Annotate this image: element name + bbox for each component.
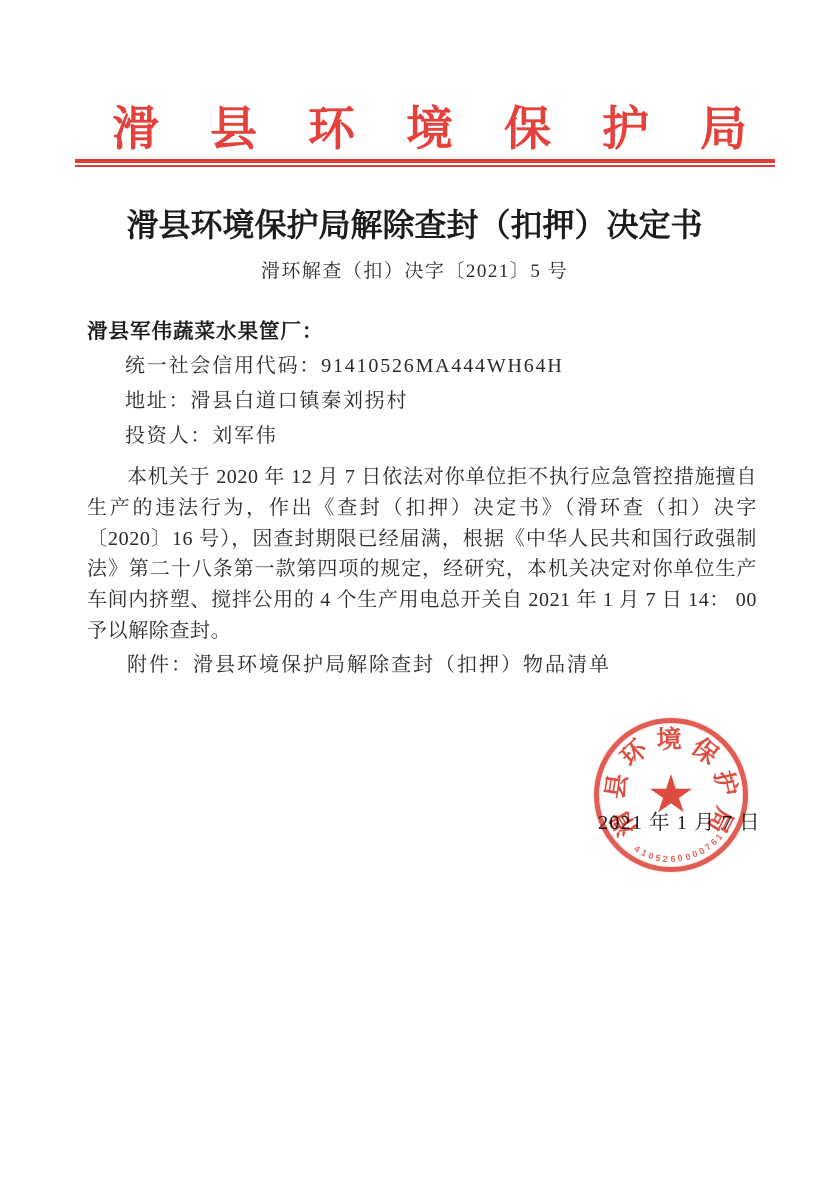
recipient-name: 滑县军伟蔬菜水果筐厂： xyxy=(87,314,755,344)
credit-code-line: 统一社会信用代码：91410526MA444WH64H xyxy=(125,349,755,378)
seal-code-digit: 6 xyxy=(670,854,675,864)
letterhead-divider xyxy=(75,159,775,167)
document-number: 滑环解查（扣）决字〔2021〕5 号 xyxy=(0,256,829,283)
official-seal: 滑县环境保护局4105260000761 xyxy=(594,718,748,872)
document-page: 滑县环境保护局 滑县环境保护局解除查封（扣押）决定书 滑环解查（扣）决字〔202… xyxy=(0,0,829,1178)
address-line: 地址：滑县白道口镇秦刘拐村 xyxy=(125,384,755,413)
letterhead-agency-title: 滑县环境保护局 xyxy=(0,92,829,159)
decision-paragraph: 本机关于 2020 年 12 月 7 日依法对你单位拒不执行应急管控措施擅自生产… xyxy=(87,462,757,647)
document-title: 滑县环境保护局解除查封（扣押）决定书 xyxy=(0,200,829,246)
divider-thin-line xyxy=(75,165,775,167)
attachment-line: 附件：滑县环境保护局解除查封（扣押）物品清单 xyxy=(87,648,757,677)
seal-arc-char: 境 xyxy=(656,720,682,757)
investor-line: 投资人：刘军伟 xyxy=(125,419,755,448)
